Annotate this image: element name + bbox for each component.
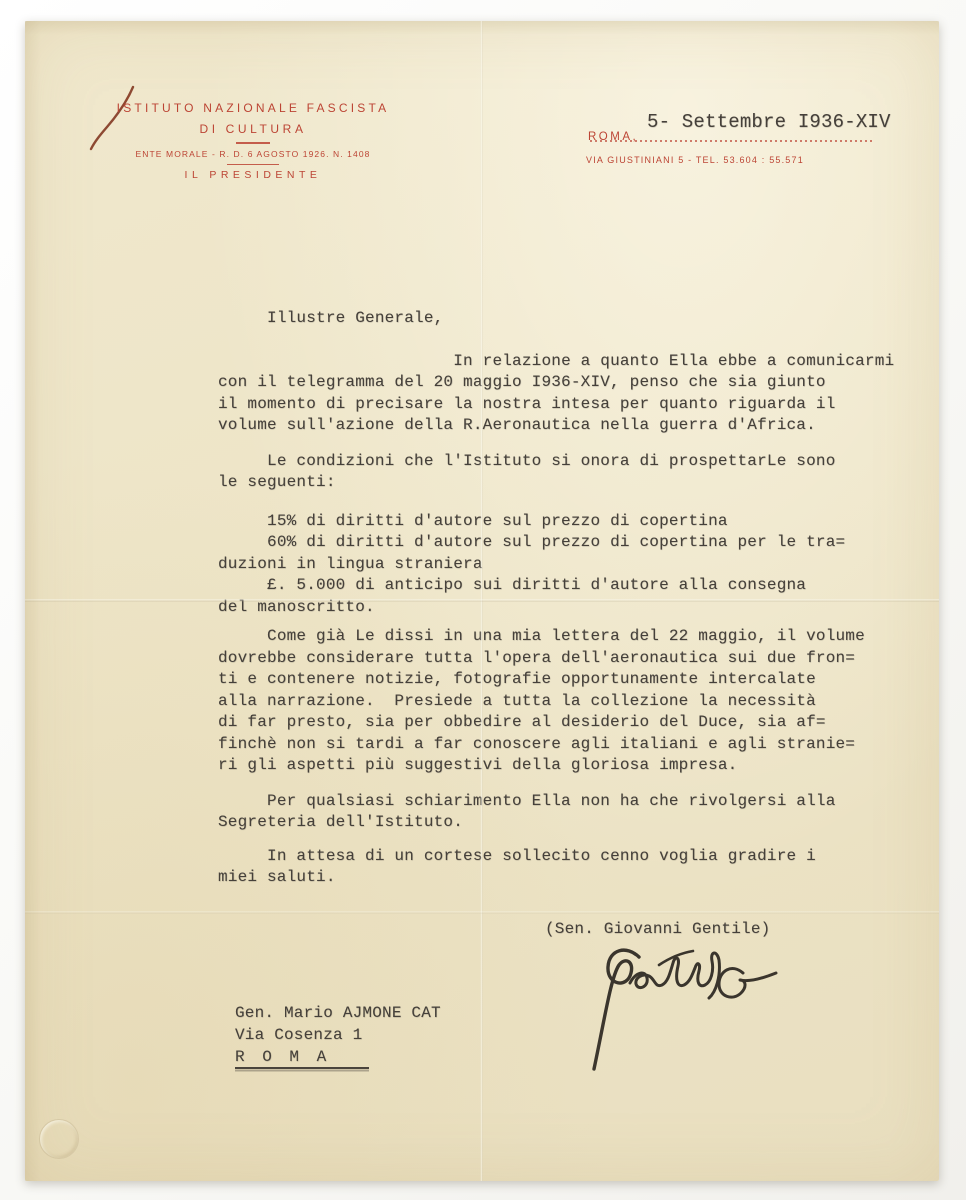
dateline-typed-date: 5- Settembre I936-XIV bbox=[647, 111, 891, 133]
handwritten-signature bbox=[575, 943, 795, 1083]
paragraph-1: In relazione a quanto Ella ebbe a comuni… bbox=[218, 351, 910, 437]
recipient-city: R O M A bbox=[235, 1046, 441, 1068]
scan-background: ISTITUTO NAZIONALE FASCISTA DI CULTURA E… bbox=[0, 0, 966, 1200]
recipient-city-underline bbox=[235, 1067, 369, 1069]
embossed-seal bbox=[39, 1119, 79, 1159]
letterhead-institution-name-2: DI CULTURA bbox=[108, 122, 398, 136]
paragraph-6-closing: In attesa di un cortese sollecito cenno … bbox=[218, 846, 910, 889]
typed-signature-name: (Sen. Giovanni Gentile) bbox=[545, 920, 770, 938]
letterhead-decree-line: ENTE MORALE - R. D. 6 AGOSTO 1926. N. 14… bbox=[108, 149, 398, 159]
letterhead-divider-2 bbox=[227, 164, 279, 166]
recipient-street: Via Cosenza 1 bbox=[235, 1024, 441, 1046]
letterhead-president-title: IL PRESIDENTE bbox=[108, 169, 398, 181]
paragraph-4: Come già Le dissi in una mia lettera del… bbox=[218, 626, 910, 777]
letterhead-institution-name: ISTITUTO NAZIONALE FASCISTA bbox=[108, 101, 398, 115]
paragraph-2: Le condizioni che l'Istituto si onora di… bbox=[218, 451, 910, 494]
recipient-name: Gen. Mario AJMONE CAT bbox=[235, 1002, 441, 1024]
letterhead-divider-1 bbox=[236, 142, 270, 144]
paragraph-5: Per qualsiasi schiarimento Ella non ha c… bbox=[218, 791, 910, 834]
letterhead-street-phone-line: VIA GIUSTINIANI 5 - TEL. 53.604 : 55.571 bbox=[586, 155, 804, 165]
letterhead: ISTITUTO NAZIONALE FASCISTA DI CULTURA E… bbox=[108, 101, 398, 181]
dateline-dotted-rule bbox=[590, 140, 875, 142]
letter-paper: ISTITUTO NAZIONALE FASCISTA DI CULTURA E… bbox=[25, 21, 939, 1181]
horizontal-fold-crease-lower bbox=[25, 911, 939, 914]
horizontal-fold-crease-upper bbox=[25, 599, 939, 602]
salutation: Illustre Generale, bbox=[218, 308, 910, 330]
recipient-address: Gen. Mario AJMONE CAT Via Cosenza 1 R O … bbox=[235, 1002, 441, 1068]
